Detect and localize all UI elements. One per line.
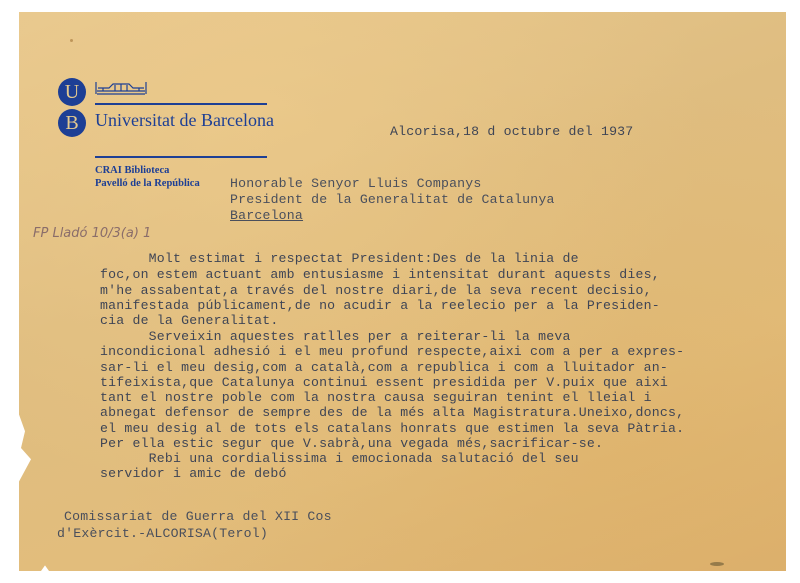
- body-line: sar-li el meu desig,com a català,com a r…: [100, 360, 668, 376]
- addressee-line2: President de la Generalitat de Catalunya: [230, 192, 555, 208]
- department-line1: CRAI Biblioteca: [95, 164, 169, 177]
- body-line: foc,on estem actuant amb entusiasme i in…: [100, 267, 660, 283]
- footer-line1: Comissariat de Guerra del XII Cos: [64, 509, 332, 525]
- department-line2: Pavelló de la República: [95, 177, 200, 190]
- body-line: tifeixista,que Catalunya continui essent…: [100, 375, 668, 391]
- body-line: abnegat defensor de sempre des de la més…: [100, 405, 684, 421]
- building-facade-icon: [95, 78, 147, 96]
- footer-line2: d'Exèrcit.-ALCORISA(Terol): [57, 526, 268, 542]
- body-line: el meu desig al de tots els catalans hon…: [100, 421, 684, 437]
- body-line: cia de la Generalitat.: [100, 313, 279, 329]
- body-line: Rebi una cordialissima i emocionada salu…: [100, 451, 579, 467]
- body-line: m'he assabentat,a través del nostre diar…: [100, 283, 652, 299]
- institution-name: Universitat de Barcelona: [95, 110, 274, 131]
- body-line: Serveixin aquestes ratlles per a reitera…: [100, 329, 571, 345]
- ub-logo-b: B: [58, 109, 86, 137]
- paper-stain: [70, 39, 73, 42]
- addressee-line1: Honorable Senyor Lluis Companys: [230, 176, 482, 192]
- letterhead-rule-bottom: [95, 156, 267, 158]
- body-line: Per ella estic segur que V.sabrà,una veg…: [100, 436, 603, 452]
- body-line: incondicional adhesió i el meu profund r…: [100, 344, 684, 360]
- paper-stain: [710, 562, 724, 566]
- body-line: Molt estimat i respectat President:Des d…: [100, 251, 579, 267]
- letterhead-rule-top: [95, 103, 267, 105]
- date-line: Alcorisa,18 d octubre del 1937: [390, 124, 633, 140]
- body-line: tant el nostre poble com la nostra causa…: [100, 390, 652, 406]
- ub-logo-u: U: [58, 78, 86, 106]
- addressee-city: Barcelona: [230, 208, 303, 224]
- body-line: servidor i amic de debó: [100, 466, 287, 482]
- body-line: manifestada públicament,de no acudir a l…: [100, 298, 660, 314]
- archive-reference: FP Lladó 10/3(a) 1: [33, 226, 151, 241]
